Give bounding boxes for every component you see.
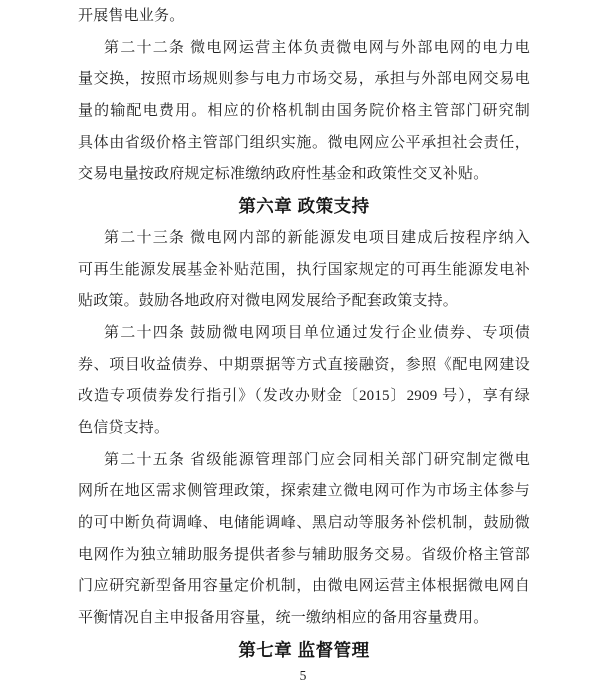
- text-line: 可再生能源发展基金补贴范围，执行国家规定的可再生能源发电补: [78, 255, 530, 287]
- text-line: 改造专项债券发行指引》（发改办财金〔2015〕2909 号），享有绿: [78, 381, 530, 413]
- text-line: 量交换，按照市场规则参与电力市场交易，承担与外部电网交易电: [78, 64, 530, 96]
- text-line: 电网作为独立辅助服务提供者参与辅助服务交易。省级价格主管部: [78, 540, 530, 572]
- chapter-heading: 第七章 监督管理: [78, 635, 530, 667]
- text-line: 门应研究新型备用容量定价机制，由微电网运营主体根据微电网自: [78, 571, 530, 603]
- text-line: 贴政策。鼓励各地政府对微电网发展给予配套政策支持。: [78, 286, 530, 318]
- text-line: 量的输配电费用。相应的价格机制由国务院价格主管部门研究制定，: [78, 96, 530, 128]
- text-line: 具体由省级价格主管部门组织实施。微电网应公平承担社会责任，: [78, 128, 530, 160]
- text-line: 第二十二条 微电网运营主体负责微电网与外部电网的电力电: [78, 33, 530, 65]
- text-line: 的可中断负荷调峰、电储能调峰、黑启动等服务补偿机制，鼓励微: [78, 508, 530, 540]
- text-line: 券、项目收益债券、中期票据等方式直接融资，参照《配电网建设: [78, 350, 530, 382]
- document-body: 开展售电业务。第二十二条 微电网运营主体负责微电网与外部电网的电力电量交换，按照…: [78, 1, 530, 666]
- text-line: 第二十五条 省级能源管理部门应会同相关部门研究制定微电: [78, 445, 530, 477]
- text-line: 开展售电业务。: [78, 1, 530, 33]
- text-line: 第二十三条 微电网内部的新能源发电项目建成后按程序纳入: [78, 223, 530, 255]
- text-line: 第二十四条 鼓励微电网项目单位通过发行企业债券、专项债: [78, 318, 530, 350]
- text-line: 平衡情况自主申报备用容量，统一缴纳相应的备用容量费用。: [78, 603, 530, 635]
- chapter-heading: 第六章 政策支持: [78, 191, 530, 223]
- text-line: 网所在地区需求侧管理政策，探索建立微电网可作为市场主体参与: [78, 476, 530, 508]
- text-line: 色信贷支持。: [78, 413, 530, 445]
- text-line: 交易电量按政府规定标准缴纳政府性基金和政策性交叉补贴。: [78, 159, 530, 191]
- document-page: 开展售电业务。第二十二条 微电网运营主体负责微电网与外部电网的电力电量交换，按照…: [0, 0, 606, 688]
- page-number: 5: [0, 668, 606, 684]
